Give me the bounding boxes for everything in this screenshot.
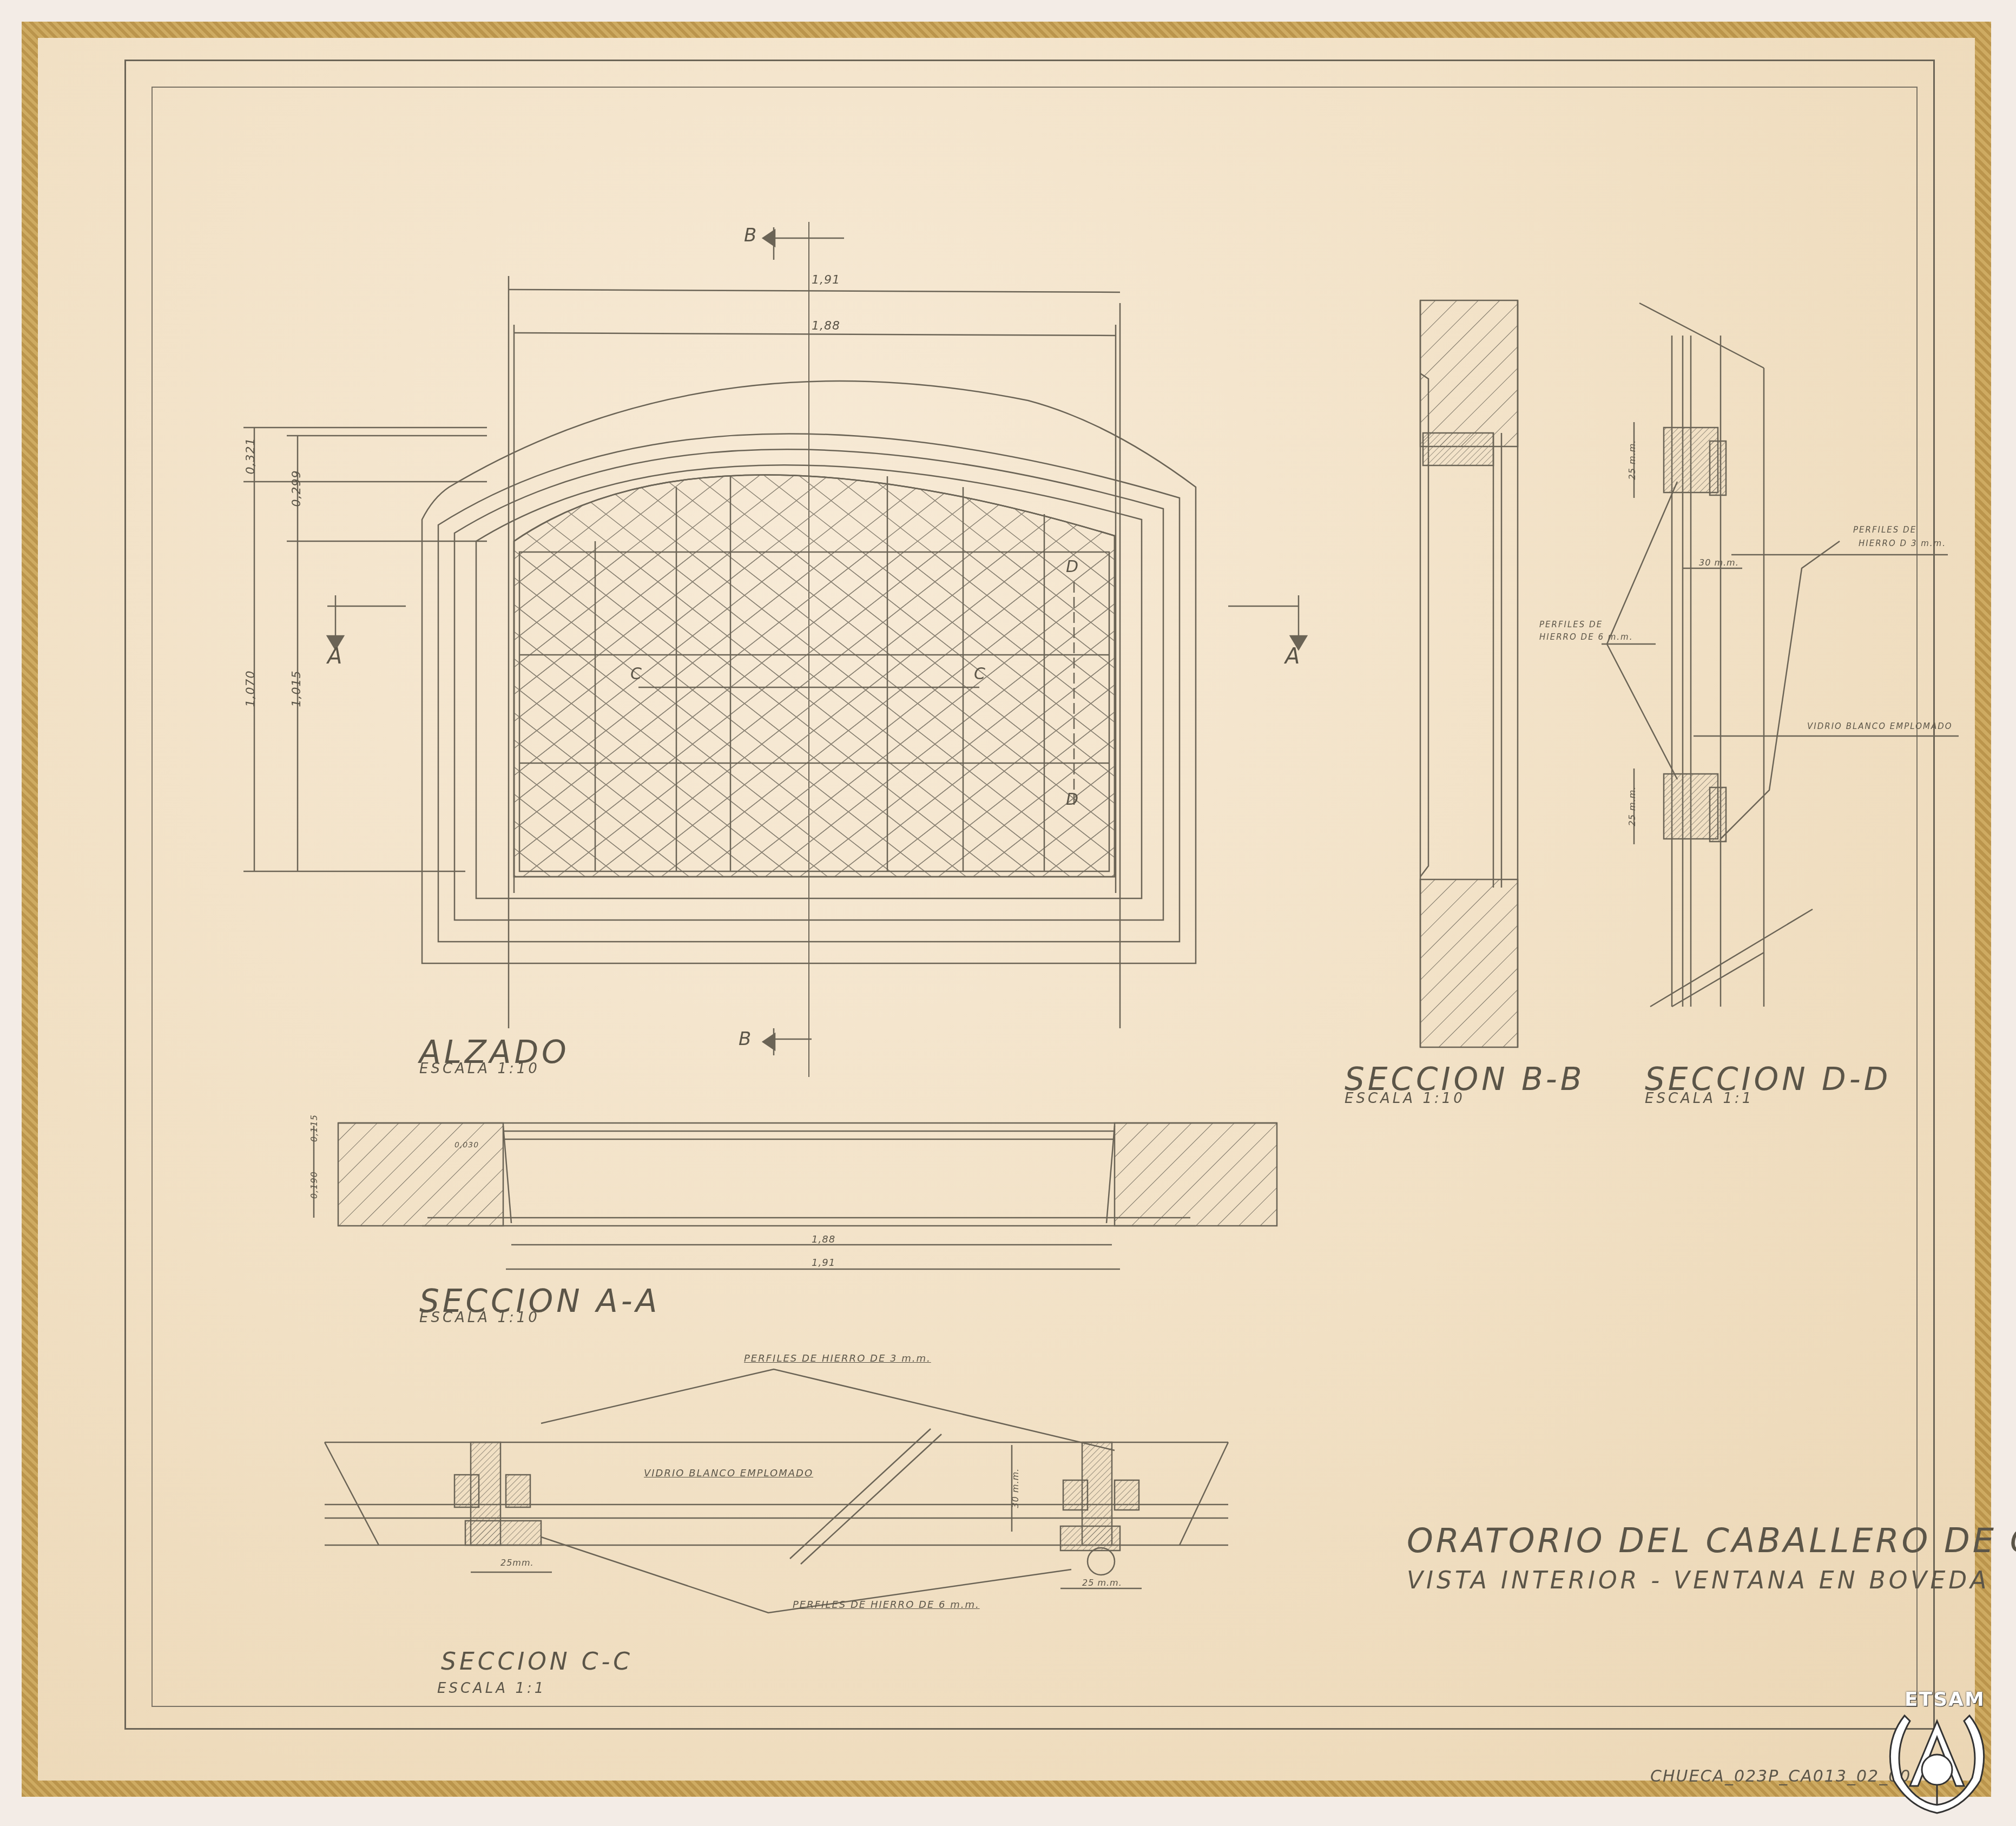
section-marker-c-left: C xyxy=(630,665,645,684)
section-marker-a-left: A xyxy=(327,644,345,669)
seccion-cc-scale: ESCALA 1:1 xyxy=(437,1680,546,1697)
section-marker-b-top: B xyxy=(744,225,760,246)
dim-arch-inner: 0,299 xyxy=(290,470,304,507)
dim-aa-depth: 0,190 xyxy=(309,1171,319,1199)
seccion-dd-view xyxy=(1602,303,1959,1007)
dim-arch-outer: 0,321 xyxy=(244,438,258,475)
note-dd-iron-6mm-line2: HIERRO DE 6 m.m. xyxy=(1539,632,1633,642)
note-cc-iron-3mm: PERFILES DE HIERRO DE 3 m.m. xyxy=(744,1353,931,1364)
dim-dd-spacing: 30 m.m. xyxy=(1699,557,1739,568)
dim-cc-right-width: 25 m.m. xyxy=(1082,1578,1122,1588)
section-marker-c-right: C xyxy=(974,665,989,684)
note-dd-iron-6mm-line1: PERFILES DE xyxy=(1539,620,1603,629)
dim-dd-bottom-height: 25 m.m. xyxy=(1627,786,1637,826)
seccion-dd-scale: ESCALA 1:1 xyxy=(1645,1091,1754,1107)
sheet-title: ORATORIO DEL CABALLERO DE GRACIA xyxy=(1407,1521,2016,1560)
alzado-view xyxy=(243,222,1307,1077)
seccion-aa-scale: ESCALA 1:10 xyxy=(419,1310,540,1326)
section-marker-d-bottom: D xyxy=(1066,790,1082,809)
dim-height-outer: 1,070 xyxy=(244,671,258,707)
dim-cc-height: 30 m.m. xyxy=(1010,1468,1020,1508)
seccion-bb-scale: ESCALA 1:10 xyxy=(1345,1091,1465,1107)
dim-cc-left-width: 25mm. xyxy=(500,1558,534,1568)
note-dd-iron-3mm-line1: PERFILES DE xyxy=(1853,525,1916,535)
note-cc-iron-6mm: PERFILES DE HIERRO DE 6 m.m. xyxy=(793,1599,980,1611)
note-cc-glass: VIDRIO BLANCO EMPLOMADO xyxy=(644,1468,813,1479)
dim-dd-top-height: 25 m.m. xyxy=(1627,440,1637,480)
dim-aa-width-outer: 1,91 xyxy=(812,1257,835,1269)
section-marker-d-top: D xyxy=(1066,557,1082,576)
section-marker-b-bottom: B xyxy=(739,1028,754,1050)
dim-aa-width-inner: 1,88 xyxy=(812,1234,835,1245)
section-marker-a-right: A xyxy=(1285,644,1303,669)
dim-width-inner: 1,88 xyxy=(812,319,840,333)
dim-aa-top: 0,115 xyxy=(309,1114,319,1142)
dim-aa-glass: 0,030 xyxy=(454,1141,479,1150)
seccion-bb-view xyxy=(1420,300,1518,1047)
alzado-scale: ESCALA 1:10 xyxy=(419,1061,540,1077)
dim-height-inner: 1,015 xyxy=(290,671,304,707)
note-dd-glass: VIDRIO BLANCO EMPLOMADO xyxy=(1807,721,1953,731)
seccion-cc-view xyxy=(325,1369,1228,1613)
dim-width-outer: 1,91 xyxy=(812,273,840,287)
etsam-stamp-text: ETSAM xyxy=(1905,1689,1985,1711)
note-dd-iron-3mm-line2: HIERRO D 3 m.m. xyxy=(1859,538,1946,548)
sheet-subtitle: VISTA INTERIOR - VENTANA EN BOVEDA xyxy=(1407,1567,1989,1594)
seccion-cc-title: SECCION C-C xyxy=(441,1648,633,1676)
